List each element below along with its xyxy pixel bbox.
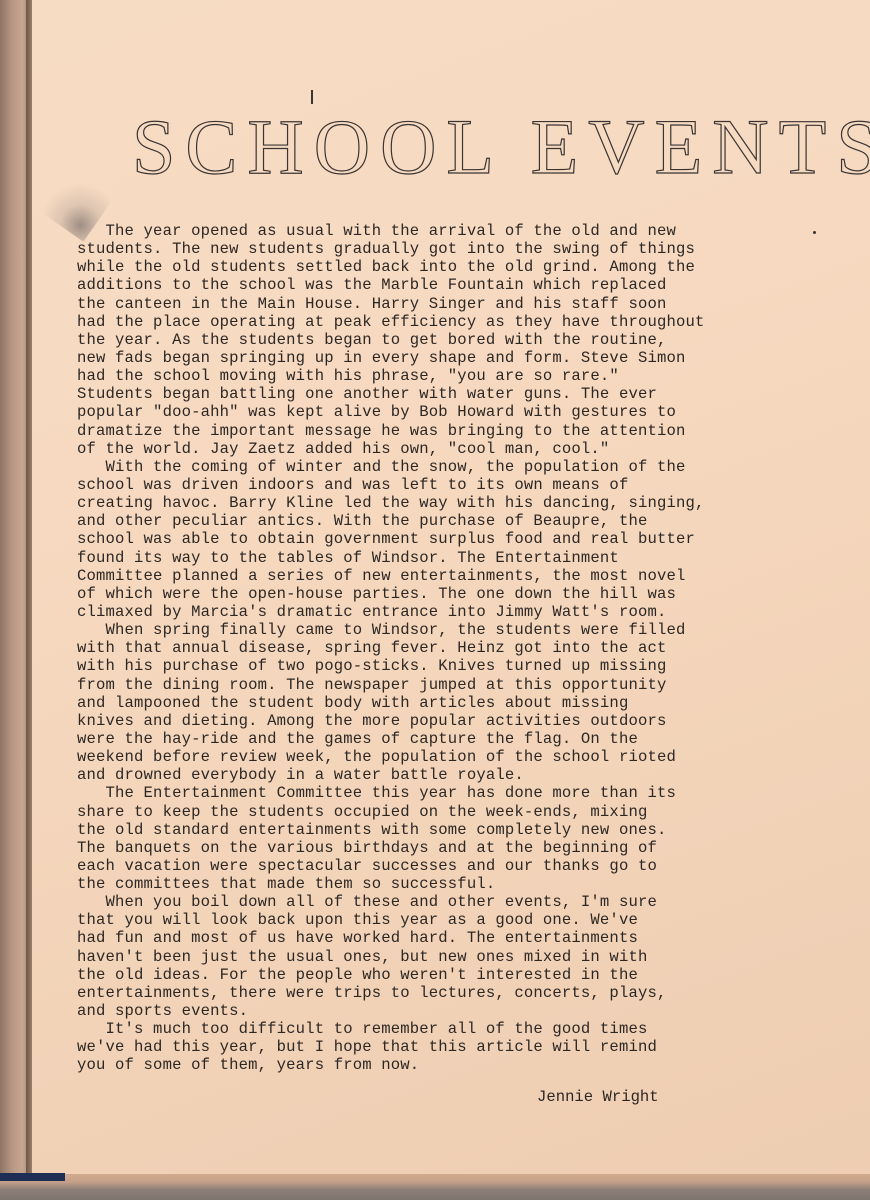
text-line: The year opened as usual with the arriva… xyxy=(77,222,797,240)
text-line: while the old students settled back into… xyxy=(77,258,797,276)
text-line: The Entertainment Committee this year ha… xyxy=(77,784,797,802)
text-line: When spring finally came to Windsor, the… xyxy=(77,621,797,639)
scanned-page: SCHOOL EVENTS The year opened as usual w… xyxy=(0,0,870,1200)
page-bottom-edge xyxy=(0,1174,870,1200)
text-line: each vacation were spectacular successes… xyxy=(77,857,797,875)
text-line: When you boil down all of these and othe… xyxy=(77,893,797,911)
text-line: with that annual disease, spring fever. … xyxy=(77,639,797,657)
title-tick-mark xyxy=(311,90,313,104)
text-line: With the coming of winter and the snow, … xyxy=(77,458,797,476)
text-line: from the dining room. The newspaper jump… xyxy=(77,676,797,694)
text-line: the old standard entertainments with som… xyxy=(77,821,797,839)
page-title: SCHOOL EVENTS xyxy=(132,108,772,186)
text-line: with his purchase of two pogo-sticks. Kn… xyxy=(77,657,797,675)
text-line: and drowned everybody in a water battle … xyxy=(77,766,797,784)
text-line: you of some of them, years from now. xyxy=(77,1056,797,1074)
text-line: found its way to the tables of Windsor. … xyxy=(77,549,797,567)
text-line: new fads began springing up in every sha… xyxy=(77,349,797,367)
text-line: the canteen in the Main House. Harry Sin… xyxy=(77,295,797,313)
text-line: had fun and most of us have worked hard.… xyxy=(77,929,797,947)
text-line: the committees that made them so success… xyxy=(77,875,797,893)
text-line: were the hay-ride and the games of captu… xyxy=(77,730,797,748)
text-line: students. The new students gradually got… xyxy=(77,240,797,258)
text-line: school was driven indoors and was left t… xyxy=(77,476,797,494)
text-line: of the world. Jay Zaetz added his own, "… xyxy=(77,440,797,458)
text-line: additions to the school was the Marble F… xyxy=(77,276,797,294)
text-line: had the school moving with his phrase, "… xyxy=(77,367,797,385)
text-line: school was able to obtain government sur… xyxy=(77,530,797,548)
text-line: Students began battling one another with… xyxy=(77,385,797,403)
ink-dot xyxy=(813,231,816,234)
text-line: The banquets on the various birthdays an… xyxy=(77,839,797,857)
text-line: It's much too difficult to remember all … xyxy=(77,1020,797,1038)
article-body: The year opened as usual with the arriva… xyxy=(77,222,797,1075)
text-line: we've had this year, but I hope that thi… xyxy=(77,1038,797,1056)
text-line: the year. As the students began to get b… xyxy=(77,331,797,349)
text-line: weekend before review week, the populati… xyxy=(77,748,797,766)
text-line: of which were the open-house parties. Th… xyxy=(77,585,797,603)
text-line: share to keep the students occupied on t… xyxy=(77,803,797,821)
book-cover-edge xyxy=(0,1173,65,1181)
text-line: and lampooned the student body with arti… xyxy=(77,694,797,712)
text-line: climaxed by Marcia's dramatic entrance i… xyxy=(77,603,797,621)
text-line: and sports events. xyxy=(77,1002,797,1020)
text-line: haven't been just the usual ones, but ne… xyxy=(77,948,797,966)
text-line: knives and dieting. Among the more popul… xyxy=(77,712,797,730)
text-line: the old ideas. For the people who weren'… xyxy=(77,966,797,984)
text-line: Committee planned a series of new entert… xyxy=(77,567,797,585)
text-line: entertainments, there were trips to lect… xyxy=(77,984,797,1002)
text-line: popular "doo-ahh" was kept alive by Bob … xyxy=(77,403,797,421)
text-line: creating havoc. Barry Kline led the way … xyxy=(77,494,797,512)
text-line: and other peculiar antics. With the purc… xyxy=(77,512,797,530)
text-line: had the place operating at peak efficien… xyxy=(77,313,797,331)
text-line: dramatize the important message he was b… xyxy=(77,422,797,440)
text-line: that you will look back upon this year a… xyxy=(77,911,797,929)
author-signature: Jennie Wright xyxy=(537,1088,659,1106)
